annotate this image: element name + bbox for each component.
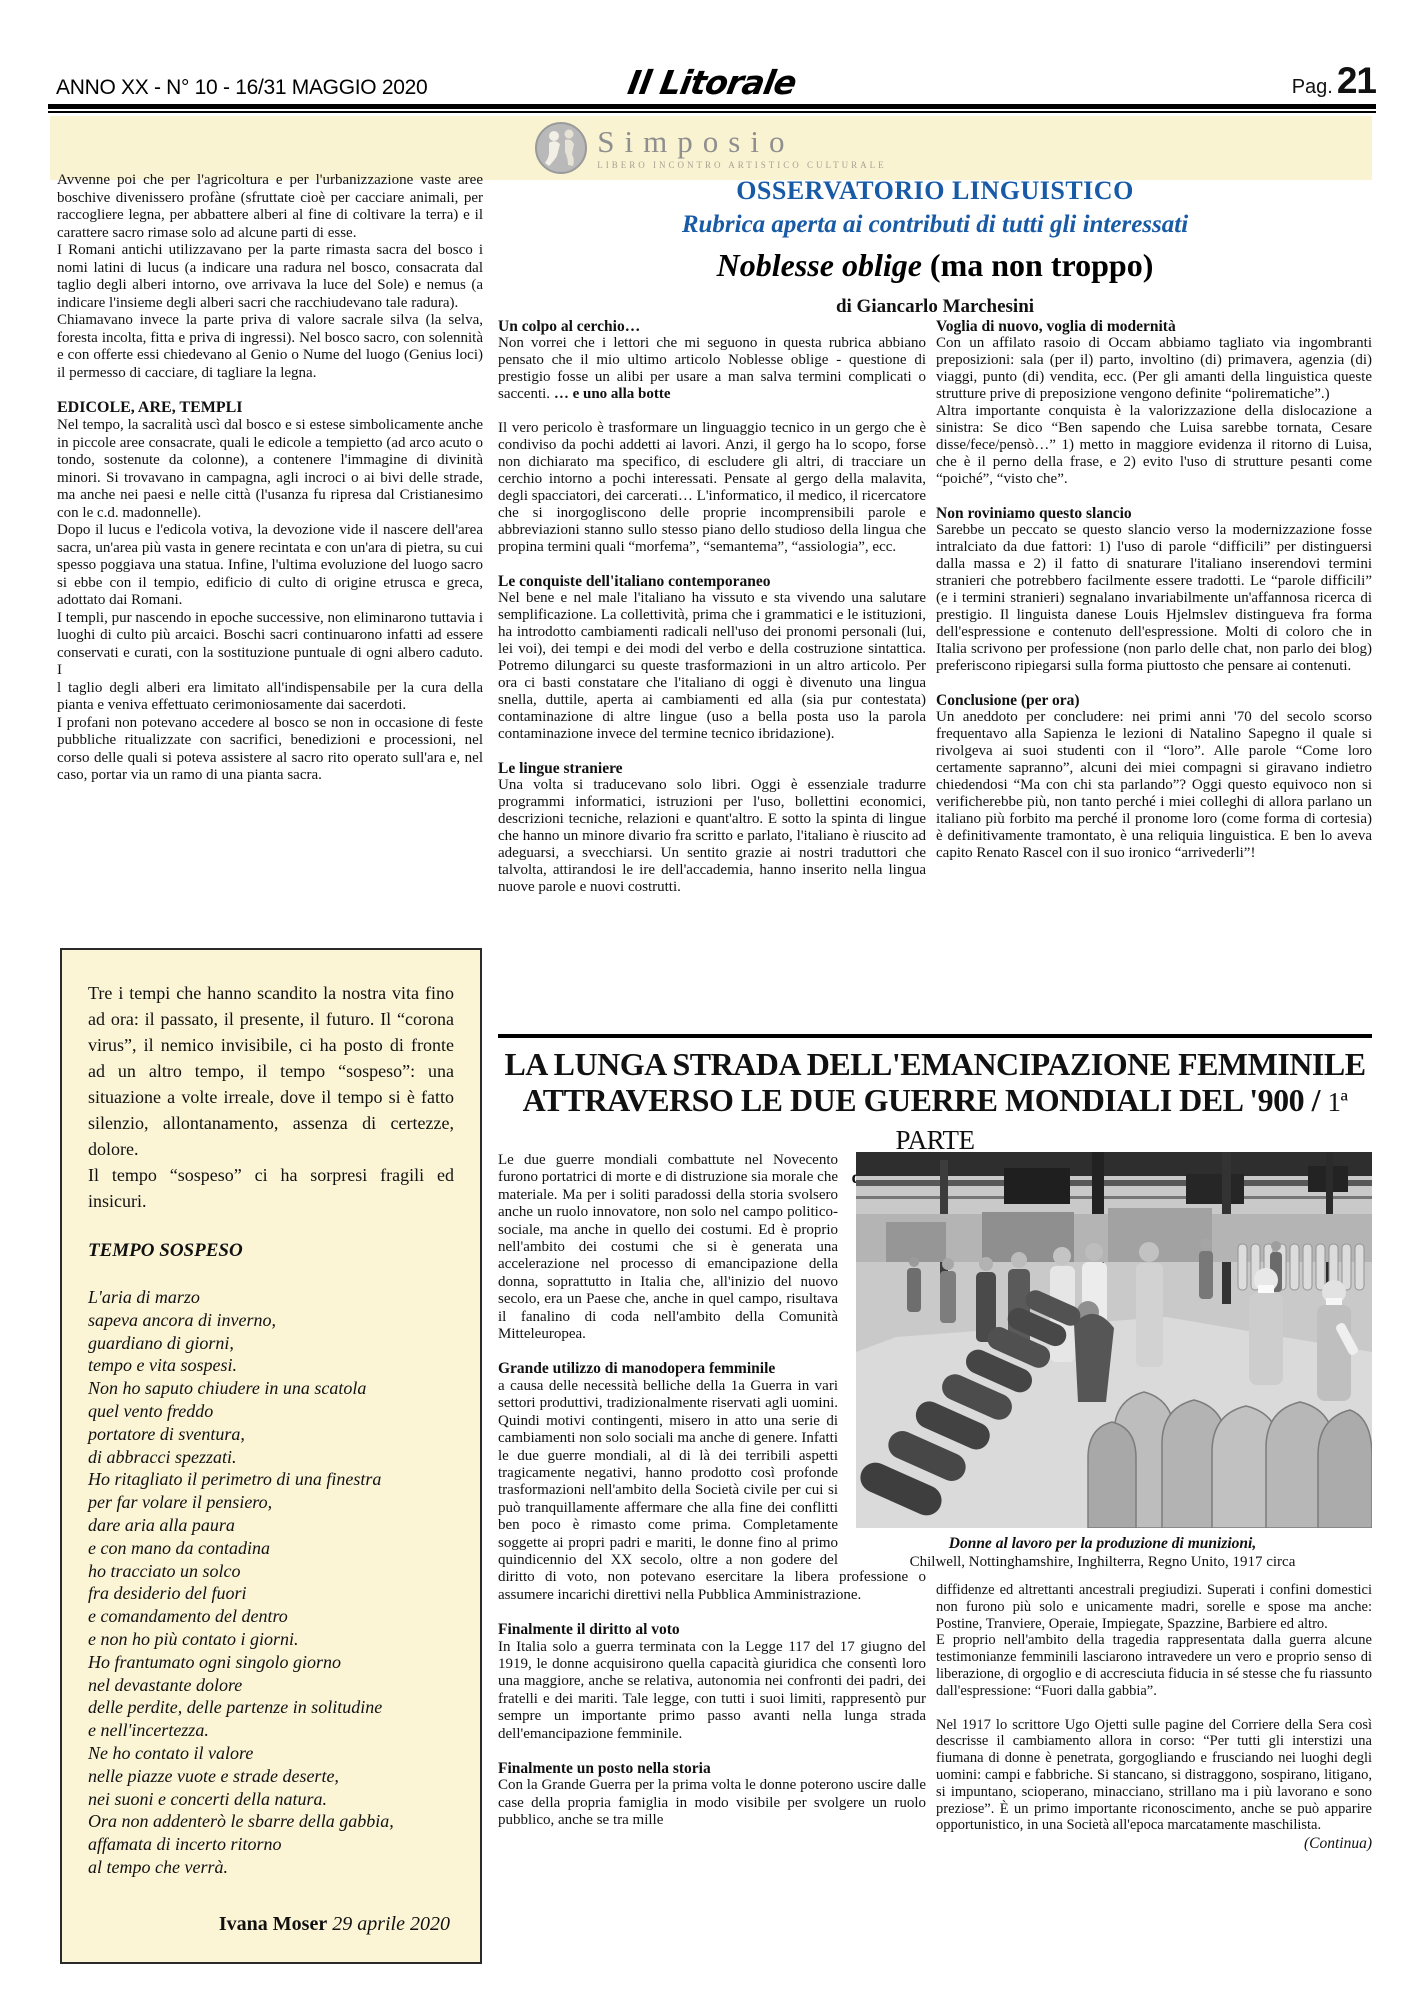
masthead-title: Il Litorale	[625, 63, 799, 102]
section-heading-conquiste: Le conquiste dell'italiano contemporaneo	[498, 573, 926, 590]
poem-box: Tre i tempi che hanno scandito la nostra…	[60, 948, 482, 1964]
page-header: ANNO XX - N° 10 - 16/31 MAGGIO 2020 Il L…	[48, 56, 1376, 102]
linguistics-title-italic: Noblesse oblige	[717, 247, 922, 283]
paragraph-conclusione: Un aneddoto per concludere: nei primi an…	[936, 709, 1372, 862]
page-number: 21	[1337, 60, 1376, 101]
paragraph-voto: In Italia solo a guerra terminata con la…	[498, 1639, 926, 1743]
simposio-title: Simposio	[597, 126, 886, 157]
linguistics-title: Noblesse oblige (ma non troppo)	[498, 247, 1372, 284]
paragraph-conquiste: Nel bene e nel male l'italiano ha vissut…	[498, 590, 926, 743]
continua-note: (Continua)	[936, 1836, 1372, 1853]
poem-signature: Ivana Moser 29 aprile 2020	[88, 1913, 454, 1936]
header-divider	[48, 104, 1376, 113]
linguistics-header: OSSERVATORIO LINGUISTICO Rubrica aperta …	[498, 176, 1372, 318]
paragraph-lingue: Una volta si traducevano solo libri. Ogg…	[498, 777, 926, 896]
section-heading-voto: Finalmente il diritto al voto	[498, 1621, 926, 1638]
photo-caption: Donne al lavoro per la produzione di mun…	[830, 1534, 1375, 1572]
page-number-block: Pag. 21	[1292, 60, 1376, 102]
linguistics-byline: di Giancarlo Marchesini	[498, 296, 1372, 318]
paragraph-gergo: Il vero pericolo è trasformare un lingua…	[498, 420, 926, 556]
poem-lines: L'aria di marzo sapeva ancora di inverno…	[88, 1286, 454, 1879]
simposio-logo-text: Simposio LIBERO INCONTRO ARTISTICO CULTU…	[597, 126, 886, 170]
section-heading-lingue: Le lingue straniere	[498, 760, 926, 777]
inline-heading-botte: … e uno alla botte	[554, 386, 671, 402]
paragraph-slancio: Sarebbe un peccato se questo slancio ver…	[936, 522, 1372, 675]
emancipation-title-line2-text: ATTRAVERSO LE DUE GUERRE MONDIALI DEL '9…	[523, 1082, 1328, 1118]
header-rule-thick	[48, 104, 1376, 109]
paragraph-ojetti: Nel 1917 lo scrittore Ugo Ojetti sulle p…	[936, 1717, 1372, 1835]
section-heading-voglia: Voglia di nuovo, voglia di modernità	[936, 318, 1372, 335]
linguistics-title-rest: (ma non troppo)	[922, 247, 1153, 283]
woods-article-column: Avvenne poi che per l'agricoltura e per …	[57, 172, 483, 785]
header-rule-thin	[48, 111, 1376, 113]
linguistics-column-2: Voglia di nuovo, voglia di modernità Con…	[936, 318, 1372, 862]
poem-title: TEMPO SOSPESO	[88, 1240, 454, 1262]
photo-caption-line1: Donne al lavoro per la produzione di mun…	[830, 1534, 1375, 1553]
page-label: Pag.	[1292, 76, 1333, 98]
section-heading-slancio: Non roviniamo questo slancio	[936, 505, 1372, 522]
issue-info: ANNO XX - N° 10 - 16/31 MAGGIO 2020	[56, 76, 427, 100]
emancipation-column-2: diffidenze ed altrettanti ancestrali pre…	[936, 1582, 1372, 1853]
simposio-logo-icon	[535, 122, 587, 174]
paragraph-diffidenze: diffidenze ed altrettanti ancestrali pre…	[936, 1582, 1372, 1700]
article-divider-rule	[498, 1034, 1372, 1038]
linguistics-subtitle: Rubrica aperta ai contributi di tutti gl…	[498, 211, 1372, 239]
linguistics-kicker: OSSERVATORIO LINGUISTICO	[498, 176, 1372, 206]
poem-date: 29 aprile 2020	[327, 1913, 450, 1935]
poem-author: Ivana Moser	[219, 1913, 327, 1935]
simposio-subtitle: LIBERO INCONTRO ARTISTICO CULTURALE	[597, 160, 886, 170]
newspaper-page: ANNO XX - N° 10 - 16/31 MAGGIO 2020 Il L…	[0, 0, 1420, 2000]
poem-intro: Tre i tempi che hanno scandito la nostra…	[88, 980, 454, 1214]
woods-section-heading: EDICOLE, ARE, TEMPLI	[57, 399, 483, 417]
simposio-banner: Simposio LIBERO INCONTRO ARTISTICO CULTU…	[50, 116, 1372, 180]
paragraph-storia: Con la Grande Guerra per la prima volta …	[498, 1777, 926, 1829]
photo-caption-line2: Chilwell, Nottinghamshire, Inghilterra, …	[830, 1553, 1375, 1572]
section-heading-storia: Finalmente un posto nella storia	[498, 1760, 926, 1777]
linguistics-column-1: Un colpo al cerchio… Non vorrei che i le…	[498, 318, 926, 896]
paragraph-colpo: Non vorrei che i lettori che mi seguono …	[498, 335, 926, 403]
paragraph-voglia: Con un affilato rasoio di Occam abbiamo …	[936, 335, 1372, 488]
section-heading-colpo: Un colpo al cerchio…	[498, 318, 926, 335]
woods-paragraphs-1: Avvenne poi che per l'agricoltura e per …	[57, 172, 483, 382]
woods-paragraphs-2: Nel tempo, la sacralità uscì dal bosco e…	[57, 417, 483, 785]
section-heading-conclusione: Conclusione (per ora)	[936, 692, 1372, 709]
munitions-factory-photo	[856, 1152, 1372, 1528]
emancipation-title-line2: ATTRAVERSO LE DUE GUERRE MONDIALI DEL '9…	[498, 1082, 1372, 1158]
emancipation-title-line1: LA LUNGA STRADA DELL'EMANCIPAZIONE FEMMI…	[498, 1046, 1372, 1082]
